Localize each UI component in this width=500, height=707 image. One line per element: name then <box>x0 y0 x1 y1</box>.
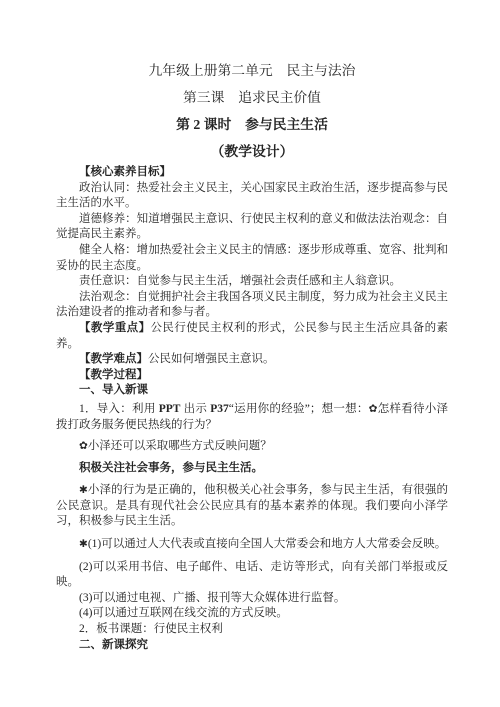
design-subtitle: （教学设计） <box>56 138 448 165</box>
lead-in-text-2: 出示 <box>180 403 210 415</box>
goal-responsibility: 责任意识：自觉参与民主生活，增强社会责任感和主人翁意识。 <box>56 274 448 290</box>
section1-heading: 一、导入新课 <box>56 383 448 399</box>
goal-sound-personality: 健全人格：增加热爱社会主义民主的情感：逐步形成尊重、宽容、批判和妥协的民主态度。 <box>56 243 448 274</box>
lead-in-paragraph: 1．导入：利用 PPT 出示 P37“运用你的经验”；想一想：✿怎样看待小泽拨打… <box>56 402 448 433</box>
heavy-asterisk-icon: ✱ <box>79 484 88 496</box>
ppt-text: PPT <box>159 403 181 415</box>
lesson-title: 第三课 追求民主价值 <box>56 84 448 111</box>
goal-moral-cultivation: 道德修养：知道增强民主意识、行使民主权利的意义和做法法治观念：自觉提高民主素养。 <box>56 212 448 243</box>
goal-political-identity: 政治认同：热爱社会主义民主，关心国家民主政治生活，逐步提高参与民主生活的水平。 <box>56 181 448 212</box>
teaching-difficulty: 【教学难点】公民如何增强民主意识。 <box>56 352 448 368</box>
core-literacy-heading: 【核心素养目标】 <box>56 165 448 181</box>
key-takeaway: 积极关注社会事务，参与民主生活。 <box>56 461 448 477</box>
answer-way-1: ✱(1)可以通过人大代表或直接向全国人大常委会和地方人大常委会反映。 <box>56 537 448 553</box>
section2-heading: 二、新课探究 <box>56 638 448 654</box>
teaching-difficulty-text: 公民如何增强民主意识。 <box>148 353 275 365</box>
document-body: 【核心素养目标】 政治认同：热爱社会主义民主，关心国家民主政治生活，逐步提高参与… <box>56 165 448 653</box>
florette-icon: ✿ <box>79 440 88 452</box>
lead-in-text-1: 1．导入：利用 <box>79 403 159 415</box>
answer-view-paragraph: ✱小泽的行为是正确的，他积极关心社会事务，参与民主生活，有很强的公民意识。是具有… <box>56 483 448 530</box>
answer-way-2: (2)可以采用书信、电子邮件、电话、走访等形式，向有关部门举报或反映。 <box>56 560 448 591</box>
question2-paragraph: ✿小泽还可以采取哪些方式反映问题？ <box>56 439 448 455</box>
teaching-difficulty-label: 【教学难点】 <box>79 353 148 365</box>
answer-way-1-text: (1)可以通过人大代表或直接向全国人大常委会和地方人大常委会反映。 <box>88 538 446 550</box>
heavy-asterisk-icon: ✱ <box>79 538 88 550</box>
teaching-focus-label: 【教学重点】 <box>79 322 151 334</box>
document-header: 九年级上册第二单元 民主与法治 第三课 追求民主价值 第 2 课时 参与民主生活… <box>56 57 448 165</box>
p37-text: P37 <box>210 403 229 415</box>
unit-title: 九年级上册第二单元 民主与法治 <box>56 57 448 84</box>
goal-rule-of-law: 法治观念：自觉拥护社会主我国各项义民主制度，努力成为社会主义民主法治建设者的推动… <box>56 290 448 321</box>
document-page: 九年级上册第二单元 民主与法治 第三课 追求民主价值 第 2 课时 参与民主生活… <box>0 0 500 707</box>
florette-icon: ✿ <box>369 403 378 415</box>
teaching-process-heading: 【教学过程】 <box>56 368 448 384</box>
answer-view-text: 小泽的行为是正确的，他积极关心社会事务，参与民主生活，有很强的公民意识。是具有现… <box>56 484 448 527</box>
answer-way-4: (4)可以通过互联网在线交流的方式反映。 <box>56 606 448 622</box>
question2-text: 小泽还可以采取哪些方式反映问题？ <box>88 440 272 452</box>
period-title: 第 2 课时 参与民主生活 <box>56 111 448 138</box>
board-topic: 2．板书课题：行使民主权利 <box>56 622 448 638</box>
lead-in-text-3: “运用你的经验”；想一想： <box>229 403 369 415</box>
teaching-focus: 【教学重点】公民行使民主权利的形式，公民参与民主生活应具备的素养。 <box>56 321 448 352</box>
answer-way-3: (3)可以通过电视、广播、报刊等大众媒体进行监督。 <box>56 591 448 607</box>
